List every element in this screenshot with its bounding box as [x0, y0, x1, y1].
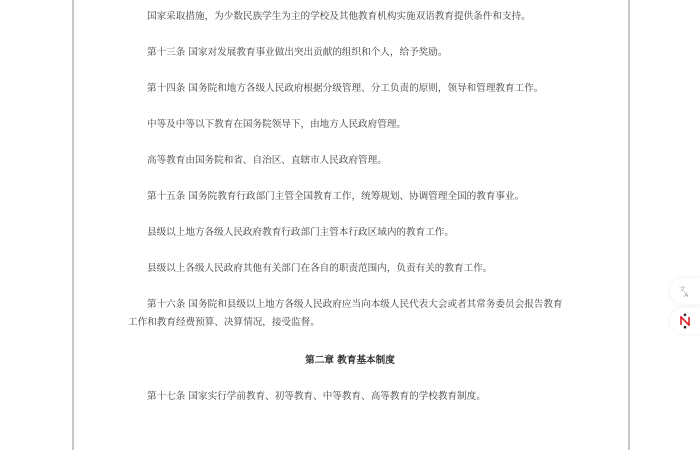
chapter-heading: 第二章 教育基本制度 — [128, 352, 572, 370]
translate-button[interactable]: 文 A — [670, 278, 700, 304]
paragraph-county-other-depts: 县级以上各级人民政府其他有关部门在各自的职责范围内，负责有关的教育工作。 — [128, 260, 572, 278]
paragraph-article-13: 第十三条 国家对发展教育事业做出突出贡献的组织和个人，给予奖励。 — [128, 44, 572, 62]
paragraph-minority-bilingual: 国家采取措施，为少数民族学生为主的学校及其他教育机构实施双语教育提供条件和支持。 — [128, 8, 572, 26]
svg-text:A: A — [684, 291, 689, 298]
note-extension-button[interactable] — [670, 308, 700, 334]
paragraph-article-16: 第十六条 国务院和县级以上地方各级人民政府应当向本级人民代表大会或者其常务委员会… — [128, 296, 572, 332]
document-page: 国家采取措施，为少数民族学生为主的学校及其他教育机构实施双语教育提供条件和支持。… — [72, 0, 630, 450]
paragraph-secondary-education: 中等及中等以下教育在国务院领导下，由地方人民政府管理。 — [128, 116, 572, 134]
paragraph-article-17: 第十七条 国家实行学前教育、初等教育、中等教育、高等教育的学校教育制度。 — [128, 388, 572, 406]
paragraph-county-education-dept: 县级以上地方各级人民政府教育行政部门主管本行政区域内的教育工作。 — [128, 224, 572, 242]
paragraph-article-15: 第十五条 国务院教育行政部门主管全国教育工作，统筹规划、协调管理全国的教育事业。 — [128, 188, 572, 206]
paragraph-article-14: 第十四条 国务院和地方各级人民政府根据分级管理、分工负责的原则，领导和管理教育工… — [128, 80, 572, 98]
browser-viewport: 国家采取措施，为少数民族学生为主的学校及其他教育机构实施双语教育提供条件和支持。… — [0, 0, 700, 450]
paragraph-higher-education: 高等教育由国务院和省、自治区、直辖市人民政府管理。 — [128, 152, 572, 170]
translate-icon: 文 A — [678, 284, 692, 298]
floating-toolbar: 文 A — [664, 278, 700, 338]
n-logo-icon — [678, 313, 692, 329]
